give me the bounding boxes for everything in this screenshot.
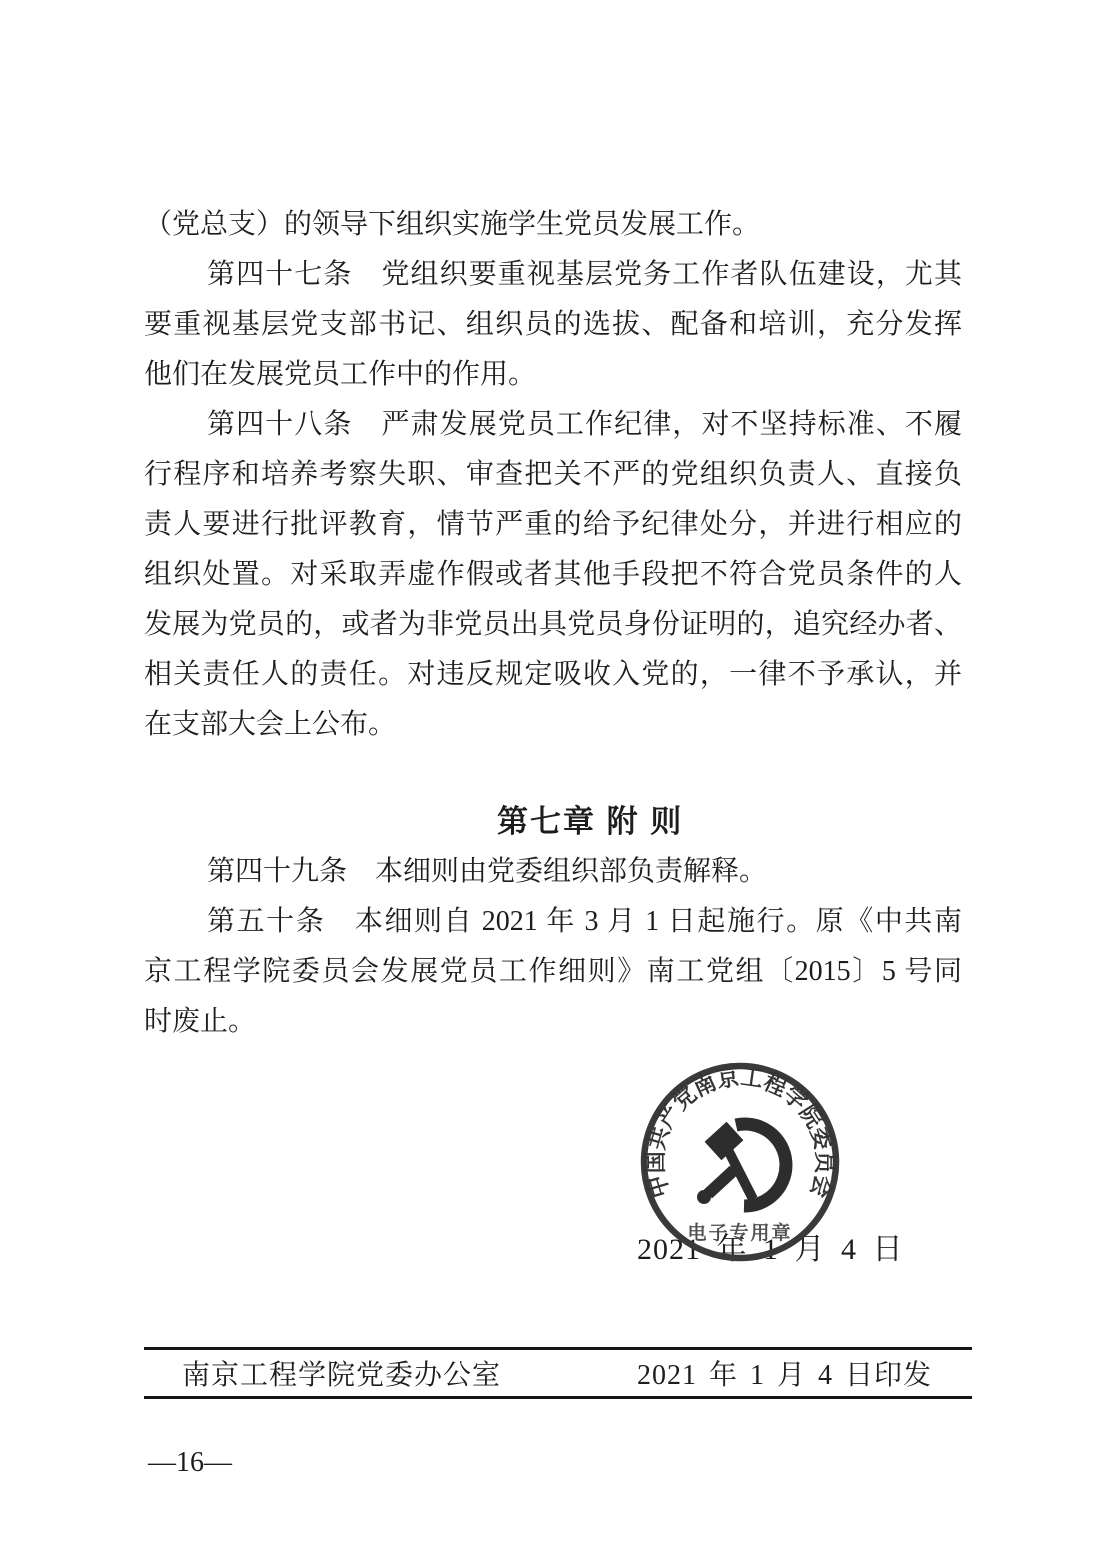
party-emblem-icon bbox=[697, 1124, 786, 1206]
footer-issuer: 南京工程学院党委办公室 bbox=[182, 1353, 501, 1393]
body-line: 发展为党员的，或者为非党员出具党员身份证明的，追究经办者、 bbox=[144, 600, 962, 650]
page-number: —16— bbox=[148, 1448, 232, 1478]
chapter-heading: 第七章 附 则 bbox=[144, 797, 962, 847]
body-line: 第五十条 本细则自 2021 年 3 月 1 日起施行。原《中共南 bbox=[144, 897, 962, 947]
body-line: 组织处置。对采取弄虚作假或者其他手段把不符合党员条件的人 bbox=[144, 550, 962, 600]
body-line: 行程序和培养考察失职、审查把关不严的党组织负责人、直接负 bbox=[144, 450, 962, 500]
document-lines: （党总支）的领导下组织实施学生党员发展工作。第四十七条 党组织要重视基层党务工作… bbox=[144, 200, 962, 1047]
body-line: 责人要进行批评教育，情节严重的给予纪律处分，并进行相应的 bbox=[144, 500, 962, 550]
body-line: 要重视基层党支部书记、组织员的选拔、配备和培训，充分发挥 bbox=[144, 300, 962, 350]
official-seal: 中国共产党南京工程学院委员会 电子专用章 bbox=[636, 1058, 844, 1266]
body-line: 相关责任人的责任。对违反规定吸收入党的，一律不予承认，并 bbox=[144, 650, 962, 700]
seal-bottom-label: 电子专用章 bbox=[687, 1221, 792, 1244]
body-line: 他们在发展党员工作中的作用。 bbox=[144, 350, 962, 400]
footer-bar: 南京工程学院党委办公室 2021 年 1 月 4 日印发 bbox=[144, 1347, 972, 1399]
footer-print-date: 2021 年 1 月 4 日印发 bbox=[637, 1353, 932, 1393]
document-page: （党总支）的领导下组织实施学生党员发展工作。第四十七条 党组织要重视基层党务工作… bbox=[0, 0, 1102, 1559]
body-line: （党总支）的领导下组织实施学生党员发展工作。 bbox=[144, 200, 962, 250]
body-line: 第四十八条 严肃发展党员工作纪律，对不坚持标准、不履 bbox=[144, 400, 962, 450]
body-line: 第四十七条 党组织要重视基层党务工作者队伍建设，尤其 bbox=[144, 250, 962, 300]
body-line: 时废止。 bbox=[144, 997, 962, 1047]
body-line: 在支部大会上公布。 bbox=[144, 700, 962, 750]
body-line: 京工程学院委员会发展党员工作细则》南工党组〔2015〕5 号同 bbox=[144, 947, 962, 997]
body-line: 第四十九条 本细则由党委组织部负责解释。 bbox=[144, 847, 962, 897]
